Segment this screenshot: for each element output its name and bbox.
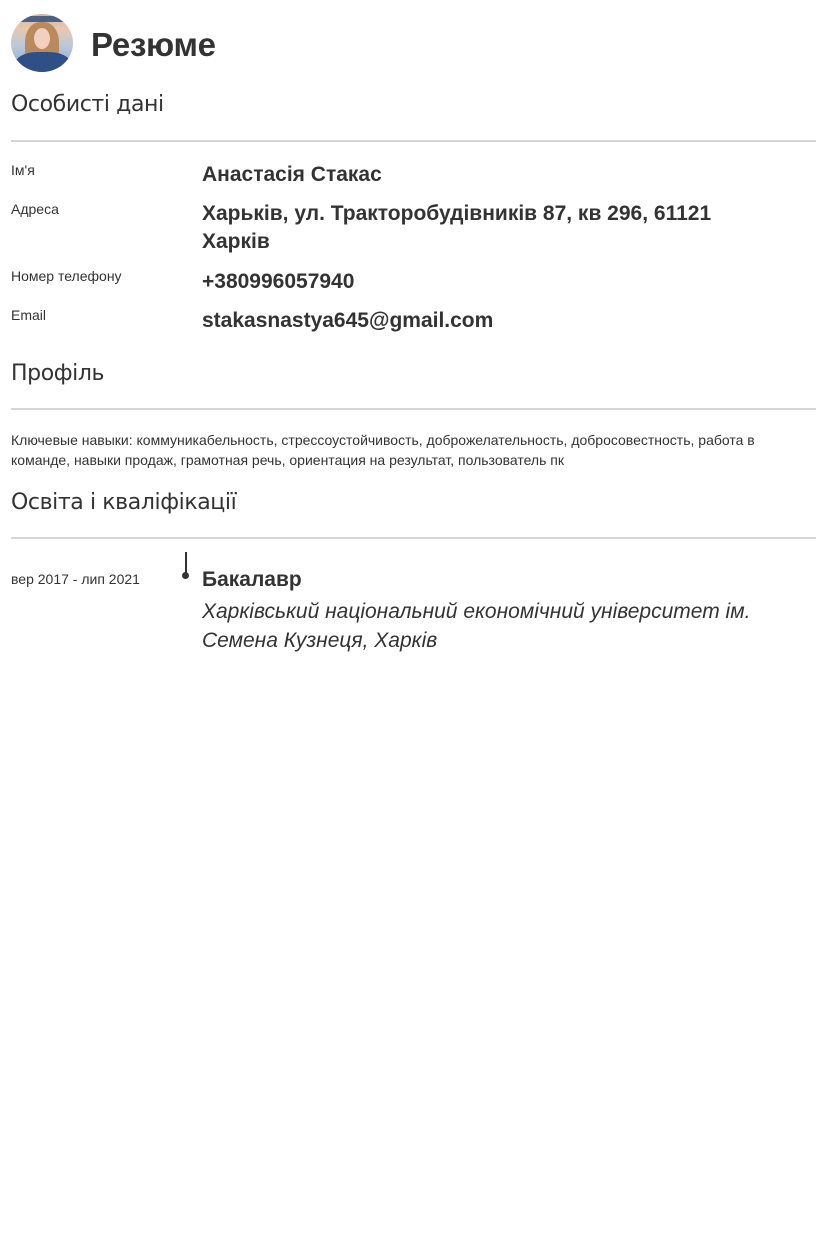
profile-text: Ключевые навыки: коммуникабельность, стр… xyxy=(11,430,816,470)
education-school: Харківський національний економічний уні… xyxy=(202,597,812,655)
field-value-email: stakasnastya645@gmail.com xyxy=(202,307,802,335)
field-value-name: Анастасія Стакас xyxy=(202,161,802,189)
section-title-personal: Особисті дані xyxy=(11,92,164,117)
timeline-line xyxy=(185,552,187,574)
divider xyxy=(11,537,816,539)
field-value-address: Харьків, ул. Тракторобудівників 87, кв 2… xyxy=(202,200,782,256)
timeline-dot-icon xyxy=(182,572,189,579)
field-label-phone: Номер телефону xyxy=(11,268,122,284)
divider xyxy=(11,140,816,142)
resume-header: Резюме xyxy=(11,14,216,72)
section-title-education: Освіта і кваліфікації xyxy=(11,490,236,515)
education-degree: Бакалавр xyxy=(202,568,302,592)
section-title-profile: Профіль xyxy=(11,361,104,386)
field-label-email: Email xyxy=(11,307,46,323)
field-value-phone: +380996057940 xyxy=(202,268,802,296)
field-label-name: Ім'я xyxy=(11,162,35,178)
field-label-address: Адреса xyxy=(11,201,59,217)
divider xyxy=(11,408,816,410)
education-dates: вер 2017 - лип 2021 xyxy=(11,571,140,587)
avatar xyxy=(11,14,73,72)
page-title: Резюме xyxy=(91,22,216,64)
